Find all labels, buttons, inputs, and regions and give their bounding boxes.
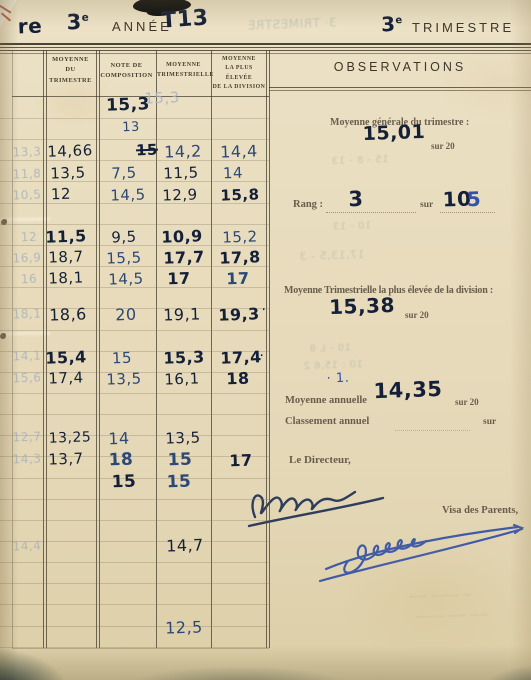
col-header-moyenne-division: MOYENNE LA PLUS ÉLEVÉE DE LA DIVISION xyxy=(212,55,266,92)
observations-title: OBSERVATIONS xyxy=(269,60,531,74)
grid-line xyxy=(12,648,269,649)
handwritten-mark: 14,4 xyxy=(12,540,41,553)
handwritten-mark: 3 xyxy=(348,189,364,211)
handwritten-mark: 14,1 xyxy=(12,350,41,363)
handwritten-mark: 17,13,5 - 3 xyxy=(299,249,365,262)
handwritten-mark: 13,7 xyxy=(48,451,84,467)
grid-line xyxy=(0,224,269,225)
grid-line xyxy=(0,50,531,51)
handwritten-mark: 10 - 13 xyxy=(332,221,371,232)
col-header-moyenne-trimestrielle: MOYENNE TRIMESTRIELLE xyxy=(157,61,210,80)
col-header-moyenne-trimestre: MOYENNE DU TRIMESTRE xyxy=(46,55,95,86)
grid-line xyxy=(0,139,269,140)
sur-20-label: sur 20 xyxy=(455,397,479,407)
grid-line xyxy=(0,499,269,500)
handwritten-mark: 14,5 xyxy=(110,187,146,203)
handwritten-mark: 19,1 xyxy=(163,306,201,323)
grid-line xyxy=(0,393,269,394)
sur-20-label: sur 20 xyxy=(431,141,455,151)
handwritten-mark: 15 - 8 - 13 xyxy=(331,155,389,167)
sur-label: sur xyxy=(420,200,433,210)
handwritten-mark: 7,5 xyxy=(111,166,137,182)
annee-number: 3e xyxy=(66,12,89,34)
handwritten-mark: 15 xyxy=(111,474,136,492)
handwritten-mark: 13,3 xyxy=(12,146,41,159)
handwritten-mark: 15,01 xyxy=(362,123,425,144)
handwritten-mark: 13,5 xyxy=(106,371,142,387)
handwritten-mark: 10,9 xyxy=(161,228,203,245)
handwritten-mark: 15,4 xyxy=(45,349,87,366)
rang-label: Rang : xyxy=(293,199,323,210)
handwritten-mark: 15,3 xyxy=(144,90,180,106)
col-header-note-composition: NOTE DE COMPOSITION xyxy=(98,61,155,82)
grid-line xyxy=(0,647,269,648)
handwritten-mark: 18 xyxy=(226,371,250,388)
handwritten-mark: 14,66 xyxy=(47,143,93,160)
handwritten-mark: 15,3 xyxy=(163,349,205,366)
grid-line xyxy=(0,583,269,584)
handwritten-mark: 9,5 xyxy=(111,230,137,246)
handwritten-mark: 12,5 xyxy=(165,619,203,636)
handwritten-mark: 15 xyxy=(167,452,192,470)
grid-line xyxy=(0,47,531,48)
header-handwritten-prefix: re xyxy=(17,16,42,37)
grid-line xyxy=(0,520,269,521)
annee-annotation: T13 xyxy=(161,7,210,32)
handwritten-mark: 5 xyxy=(466,189,481,209)
handwritten-mark: 10 - L 8 xyxy=(309,343,351,354)
report-card-page: re 3e ANNÉE T13 3e TRIMESTRE MOYENNE DU … xyxy=(0,0,531,680)
directeur-label: Le Directeur, xyxy=(289,454,351,466)
visa-parents-label: Visa des Parents, xyxy=(442,505,518,516)
grid-line xyxy=(0,604,269,605)
handwritten-mark: 18,1 xyxy=(12,308,41,321)
trimestre-label: TRIMESTRE xyxy=(412,20,514,35)
handwritten-mark: 12 xyxy=(21,231,38,244)
sur-20-label: sur 20 xyxy=(405,310,429,320)
grid-line xyxy=(269,87,531,88)
handwritten-mark: 14,7 xyxy=(166,537,204,554)
handwritten-mark: 16,1 xyxy=(164,371,200,387)
handwritten-mark: 14,2 xyxy=(164,143,202,160)
handwritten-mark: 14 xyxy=(108,431,130,448)
trimestre-number: 3e xyxy=(381,14,403,35)
handwritten-mark: 13 xyxy=(122,121,140,135)
handwritten-mark: 17,4 xyxy=(48,370,84,386)
handwritten-mark: 15,5 xyxy=(106,250,142,266)
handwritten-mark: 18,1 xyxy=(48,270,84,286)
handwritten-mark: 13,5 xyxy=(165,430,201,446)
handwritten-mark: 17,7 xyxy=(163,249,205,266)
handwritten-mark: 14,5 xyxy=(108,271,144,287)
handwritten-mark: 15 xyxy=(136,143,158,159)
handwritten-mark: 17,8 xyxy=(219,249,261,266)
handwritten-mark: · xyxy=(259,349,264,363)
grid-line xyxy=(0,330,269,331)
handwritten-mark: 15,6 xyxy=(12,372,41,385)
handwritten-mark: 18 xyxy=(108,452,133,470)
handwritten-mark: 14,35 xyxy=(373,379,443,402)
handwritten-mark: 15,8 xyxy=(220,187,260,203)
handwritten-mark: 14 xyxy=(223,166,244,182)
handwritten-mark: 18,7 xyxy=(48,249,84,265)
handwritten-mark: — ——— —— xyxy=(408,591,472,602)
handwritten-mark: 18,6 xyxy=(49,306,87,323)
handwritten-mark: 16,9 xyxy=(12,252,41,265)
handwritten-mark: · 1. xyxy=(326,372,349,386)
handwritten-mark: 13,5 xyxy=(50,165,86,181)
rang-fill-line xyxy=(326,211,416,213)
parents-signature xyxy=(318,517,530,587)
handwritten-mark: 11,5 xyxy=(45,228,87,245)
grid-line xyxy=(0,626,269,627)
classement-annuel-label: Classement annuel xyxy=(285,416,369,427)
handwritten-mark: 16 xyxy=(21,273,38,286)
handwritten-mark: 17 xyxy=(167,271,191,288)
handwritten-mark: 3· TRIMESTRE xyxy=(247,16,337,31)
handwritten-mark: 11,5 xyxy=(163,165,199,181)
handwritten-mark: 10 : 15,6 2 xyxy=(303,360,363,372)
grid-line xyxy=(0,53,531,54)
grid-line xyxy=(0,43,531,45)
sur-label: sur xyxy=(483,417,496,427)
handwritten-mark: 13,25 xyxy=(48,430,91,445)
handwritten-mark: 15,2 xyxy=(222,229,258,245)
handwritten-mark: 15 xyxy=(112,351,133,367)
grid-line xyxy=(269,50,270,648)
handwritten-mark: 17 xyxy=(226,271,250,288)
handwritten-mark: 17 xyxy=(229,453,253,470)
handwritten-mark: 15,38 xyxy=(329,295,395,317)
paper-speck xyxy=(0,333,6,339)
handwritten-mark: 15 xyxy=(166,474,191,492)
handwritten-mark: 10,5 xyxy=(12,189,41,202)
handwritten-mark: 11,8 xyxy=(12,168,41,181)
handwritten-mark: · xyxy=(261,303,266,317)
handwritten-mark: 14,4 xyxy=(220,143,258,160)
grid-line xyxy=(0,562,269,563)
handwritten-mark: 12,7 xyxy=(12,431,41,444)
grid-line xyxy=(0,414,269,415)
handwritten-mark: 19,3 xyxy=(218,306,260,323)
handwritten-mark: 14,3 xyxy=(12,453,41,466)
handwritten-mark: 20 xyxy=(115,307,137,324)
handwritten-mark: 12,9 xyxy=(162,187,198,203)
classement-fill-line xyxy=(395,429,470,431)
handwritten-mark: 12 xyxy=(51,187,72,203)
handwritten-mark: —— —— ——— xyxy=(415,611,489,623)
grid-line xyxy=(269,90,531,91)
moyenne-annuelle-label: Moyenne annuelle xyxy=(285,395,367,406)
handwritten-mark: 17,4 xyxy=(220,349,262,366)
